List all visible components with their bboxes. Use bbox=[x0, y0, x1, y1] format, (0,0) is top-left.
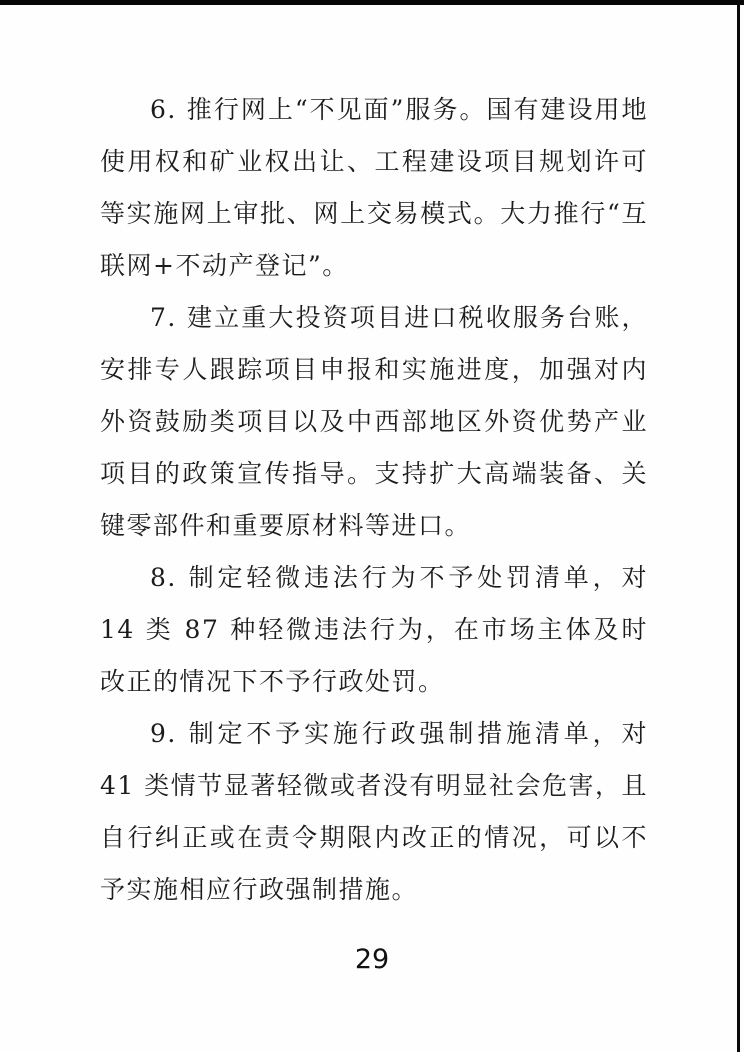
document-page: 6. 推行网上“不见面”服务。国有建设用地使用权和矿业权出让、工程建设项目规划许… bbox=[0, 0, 744, 1052]
body-paragraph: 9. 制定不予实施行政强制措施清单，对 41 类情节显著轻微或者没有明显社会危害… bbox=[100, 708, 648, 916]
body-paragraph: 8. 制定轻微违法行为不予处罚清单，对 14 类 87 种轻微违法行为，在市场主… bbox=[100, 552, 648, 708]
body-paragraph: 7. 建立重大投资项目进口税收服务台账，安排专人跟踪项目申报和实施进度，加强对内… bbox=[100, 292, 648, 552]
scan-edge-top bbox=[0, 0, 744, 5]
page-body: 6. 推行网上“不见面”服务。国有建设用地使用权和矿业权出让、工程建设项目规划许… bbox=[100, 84, 648, 916]
body-paragraph: 6. 推行网上“不见面”服务。国有建设用地使用权和矿业权出让、工程建设项目规划许… bbox=[100, 84, 648, 292]
page-number: 29 bbox=[0, 944, 744, 975]
scan-edge-right bbox=[737, 0, 740, 1052]
